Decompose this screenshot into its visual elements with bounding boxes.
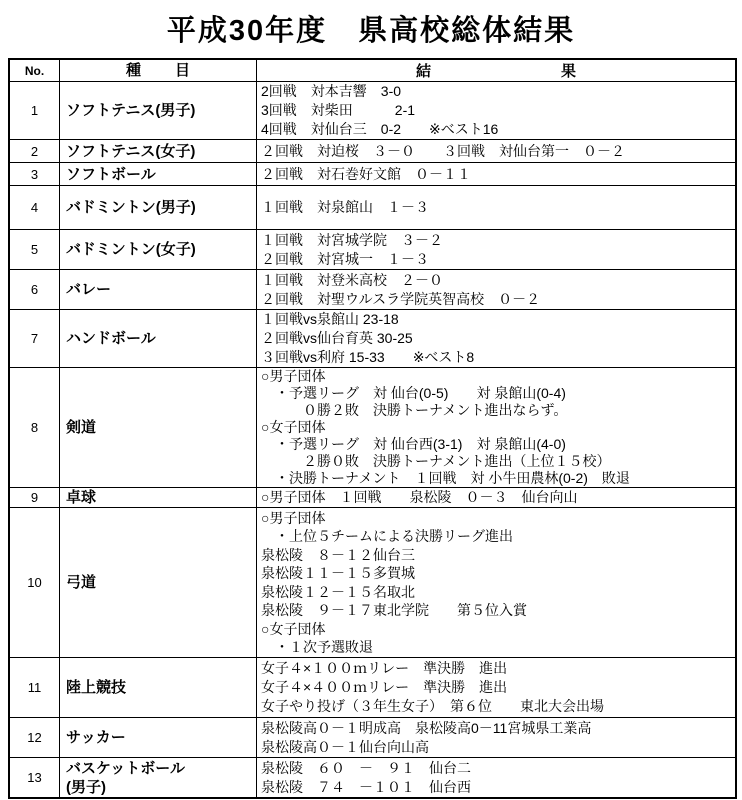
result-line: １回戦 対登米高校 ２－０: [261, 271, 735, 290]
table-row: 12サッカー泉松陵高０－１明成高 泉松陵高0－11宮城県工業高泉松陵高０－１仙台…: [10, 717, 735, 757]
table-row: 4バドミントン(男子)１回戦 対泉館山 １－３: [10, 185, 735, 229]
row-number: 12: [10, 718, 60, 757]
row-number: 11: [10, 658, 60, 717]
table-row: 2ソフトテニス(女子)２回戦 対迫桜 ３－０ ３回戦 対仙台第一 ０－２: [10, 139, 735, 162]
row-number: 5: [10, 230, 60, 269]
result-line: ２回戦 対石巻好文館 ０－１１: [261, 165, 735, 184]
table-row: 1ソフトテニス(男子)2回戦 対本吉響 3-03回戦 対柴田 2-14回戦 対仙…: [10, 81, 735, 139]
event-name: ハンドボール: [60, 310, 257, 367]
event-name-line: バスケットボール: [66, 759, 256, 778]
table-row: 10弓道○男子団体 ・上位５チームによる決勝リーグ進出泉松陵 ８－１２仙台三泉松…: [10, 507, 735, 657]
result-line: ２回戦 対聖ウルスラ学院英智高校 ０－２: [261, 290, 735, 309]
result-cell: １回戦 対登米高校 ２－０２回戦 対聖ウルスラ学院英智高校 ０－２: [257, 270, 735, 309]
result-line: ・１次予選敗退: [261, 638, 735, 657]
result-line: １回戦 対宮城学院 ３－２: [261, 231, 735, 250]
result-cell: １回戦 対宮城学院 ３－２２回戦 対宮城一 １－３: [257, 230, 735, 269]
event-name: バスケットボール(男子): [60, 758, 257, 797]
result-line: ○男子団体 １回戦 泉松陵 ０－３ 仙台向山: [261, 488, 735, 507]
row-number: 8: [10, 368, 60, 487]
event-name-line: 卓球: [66, 488, 256, 507]
result-line: ２勝０敗 決勝トーナメント進出（上位１５校）: [261, 453, 735, 470]
result-line: ○男子団体: [261, 368, 735, 385]
result-line: ○女子団体: [261, 620, 735, 639]
result-line: 泉松陵高０－１仙台向山高: [261, 738, 735, 757]
event-name: 卓球: [60, 488, 257, 507]
result-line: ２回戦 対迫桜 ３－０ ３回戦 対仙台第一 ０－２: [261, 142, 735, 161]
result-line: 泉松陵 ９－１７東北学院 第５位入賞: [261, 601, 735, 620]
event-name-line: ソフトテニス(女子): [66, 142, 256, 161]
result-line: ２回戦vs仙台育英 30-25: [261, 329, 735, 348]
table-row: 5バドミントン(女子)１回戦 対宮城学院 ３－２２回戦 対宮城一 １－３: [10, 229, 735, 269]
event-name-line: 剣道: [66, 418, 256, 437]
result-cell: 泉松陵 ６０ － ９１ 仙台二泉松陵 ７４ －１０１ 仙台西: [257, 758, 735, 797]
result-line: 3回戦 対柴田 2-1: [261, 101, 735, 120]
result-line: ・予選リーグ 対 仙台(0-5) 対 泉館山(0-4): [261, 385, 735, 402]
result-cell: ○男子団体 ・上位５チームによる決勝リーグ進出泉松陵 ８－１２仙台三泉松陵１１－…: [257, 508, 735, 657]
row-number: 13: [10, 758, 60, 797]
result-line: １回戦 対泉館山 １－３: [261, 198, 735, 217]
event-name: バレー: [60, 270, 257, 309]
result-line: 泉松陵高０－１明成高 泉松陵高0－11宮城県工業高: [261, 719, 735, 738]
result-cell: ○男子団体 ・予選リーグ 対 仙台(0-5) 対 泉館山(0-4) ０勝２敗 決…: [257, 368, 735, 487]
row-number: 6: [10, 270, 60, 309]
header-event: 種 目: [60, 60, 257, 81]
result-line: 女子４×４００ｍリレー 準決勝 進出: [261, 678, 735, 697]
result-cell: 泉松陵高０－１明成高 泉松陵高0－11宮城県工業高泉松陵高０－１仙台向山高: [257, 718, 735, 757]
table-row: 3ソフトボール２回戦 対石巻好文館 ０－１１: [10, 162, 735, 185]
row-number: 2: [10, 140, 60, 162]
result-line: 泉松陵１１－１５多賀城: [261, 564, 735, 583]
result-line: 泉松陵１２－１５名取北: [261, 583, 735, 602]
event-name: サッカー: [60, 718, 257, 757]
result-cell: １回戦 対泉館山 １－３: [257, 186, 735, 229]
row-number: 1: [10, 82, 60, 139]
event-name-line: (男子): [66, 778, 256, 797]
table-body: 1ソフトテニス(男子)2回戦 対本吉響 3-03回戦 対柴田 2-14回戦 対仙…: [10, 81, 735, 797]
table-row: 9卓球○男子団体 １回戦 泉松陵 ０－３ 仙台向山: [10, 487, 735, 507]
results-table: No. 種 目 結 果 1ソフトテニス(男子)2回戦 対本吉響 3-03回戦 対…: [8, 58, 737, 799]
event-name: ソフトボール: [60, 163, 257, 185]
event-name: 剣道: [60, 368, 257, 487]
result-line: １回戦vs泉館山 23-18: [261, 310, 735, 329]
event-name-line: 弓道: [66, 573, 256, 592]
page-title: 平成30年度 県高校総体結果: [0, 0, 742, 49]
result-line: 女子４×１００ｍリレー 準決勝 進出: [261, 659, 735, 678]
result-cell: ２回戦 対迫桜 ３－０ ３回戦 対仙台第一 ０－２: [257, 140, 735, 162]
header-result-char-left: 結: [416, 60, 431, 81]
row-number: 7: [10, 310, 60, 367]
row-number: 4: [10, 186, 60, 229]
table-row: 11陸上競技女子４×１００ｍリレー 準決勝 進出女子４×４００ｍリレー 準決勝 …: [10, 657, 735, 717]
header-no: No.: [10, 60, 60, 81]
event-name-line: ソフトボール: [66, 165, 256, 184]
row-number: 3: [10, 163, 60, 185]
event-name: バドミントン(男子): [60, 186, 257, 229]
result-line: 泉松陵 ７４ －１０１ 仙台西: [261, 778, 735, 797]
result-cell: 2回戦 対本吉響 3-03回戦 対柴田 2-14回戦 対仙台三 0-2 ※ベスト…: [257, 82, 735, 139]
table-header-row: No. 種 目 結 果: [10, 60, 735, 81]
event-name: バドミントン(女子): [60, 230, 257, 269]
table-row: 8剣道○男子団体 ・予選リーグ 対 仙台(0-5) 対 泉館山(0-4) ０勝２…: [10, 367, 735, 487]
result-cell: １回戦vs泉館山 23-18２回戦vs仙台育英 30-25３回戦vs利府 15-…: [257, 310, 735, 367]
result-cell: ２回戦 対石巻好文館 ０－１１: [257, 163, 735, 185]
event-name-line: バドミントン(女子): [66, 240, 256, 259]
event-name: 弓道: [60, 508, 257, 657]
event-name: ソフトテニス(女子): [60, 140, 257, 162]
result-line: 2回戦 対本吉響 3-0: [261, 82, 735, 101]
header-event-char-right: 目: [175, 61, 190, 80]
event-name: ソフトテニス(男子): [60, 82, 257, 139]
result-cell: ○男子団体 １回戦 泉松陵 ０－３ 仙台向山: [257, 488, 735, 507]
row-number: 10: [10, 508, 60, 657]
result-line: ○女子団体: [261, 419, 735, 436]
table-row: 7ハンドボール１回戦vs泉館山 23-18２回戦vs仙台育英 30-25３回戦v…: [10, 309, 735, 367]
result-line: 泉松陵 ６０ － ９１ 仙台二: [261, 759, 735, 778]
header-result: 結 果: [257, 60, 735, 81]
row-number: 9: [10, 488, 60, 507]
table-row: 13バスケットボール(男子)泉松陵 ６０ － ９１ 仙台二泉松陵 ７４ －１０１…: [10, 757, 735, 797]
result-line: ・上位５チームによる決勝リーグ進出: [261, 527, 735, 546]
event-name-line: ソフトテニス(男子): [66, 101, 256, 120]
event-name-line: ハンドボール: [66, 329, 256, 348]
result-line: ・予選リーグ 対 仙台西(3-1) 対 泉館山(4-0): [261, 436, 735, 453]
event-name: 陸上競技: [60, 658, 257, 717]
table-row: 6バレー１回戦 対登米高校 ２－０２回戦 対聖ウルスラ学院英智高校 ０－２: [10, 269, 735, 309]
event-name-line: バドミントン(男子): [66, 198, 256, 217]
result-line: ３回戦vs利府 15-33 ※ベスト8: [261, 348, 735, 367]
result-line: ０勝２敗 決勝トーナメント進出ならず。: [261, 402, 735, 419]
header-result-char-right: 果: [561, 60, 576, 81]
result-line: ○男子団体: [261, 509, 735, 528]
header-event-char-left: 種: [126, 61, 141, 80]
event-name-line: バレー: [66, 280, 256, 299]
event-name-line: サッカー: [66, 728, 256, 747]
result-cell: 女子４×１００ｍリレー 準決勝 進出女子４×４００ｍリレー 準決勝 進出女子やり…: [257, 658, 735, 717]
result-line: ２回戦 対宮城一 １－３: [261, 250, 735, 269]
result-line: 女子やり投げ（３年生女子） 第６位 東北大会出場: [261, 697, 735, 716]
event-name-line: 陸上競技: [66, 678, 256, 697]
result-line: 泉松陵 ８－１２仙台三: [261, 546, 735, 565]
result-line: 4回戦 対仙台三 0-2 ※ベスト16: [261, 120, 735, 139]
result-line: ・決勝トーナメント １回戦 対 小牛田農林(0-2) 敗退: [261, 470, 735, 487]
